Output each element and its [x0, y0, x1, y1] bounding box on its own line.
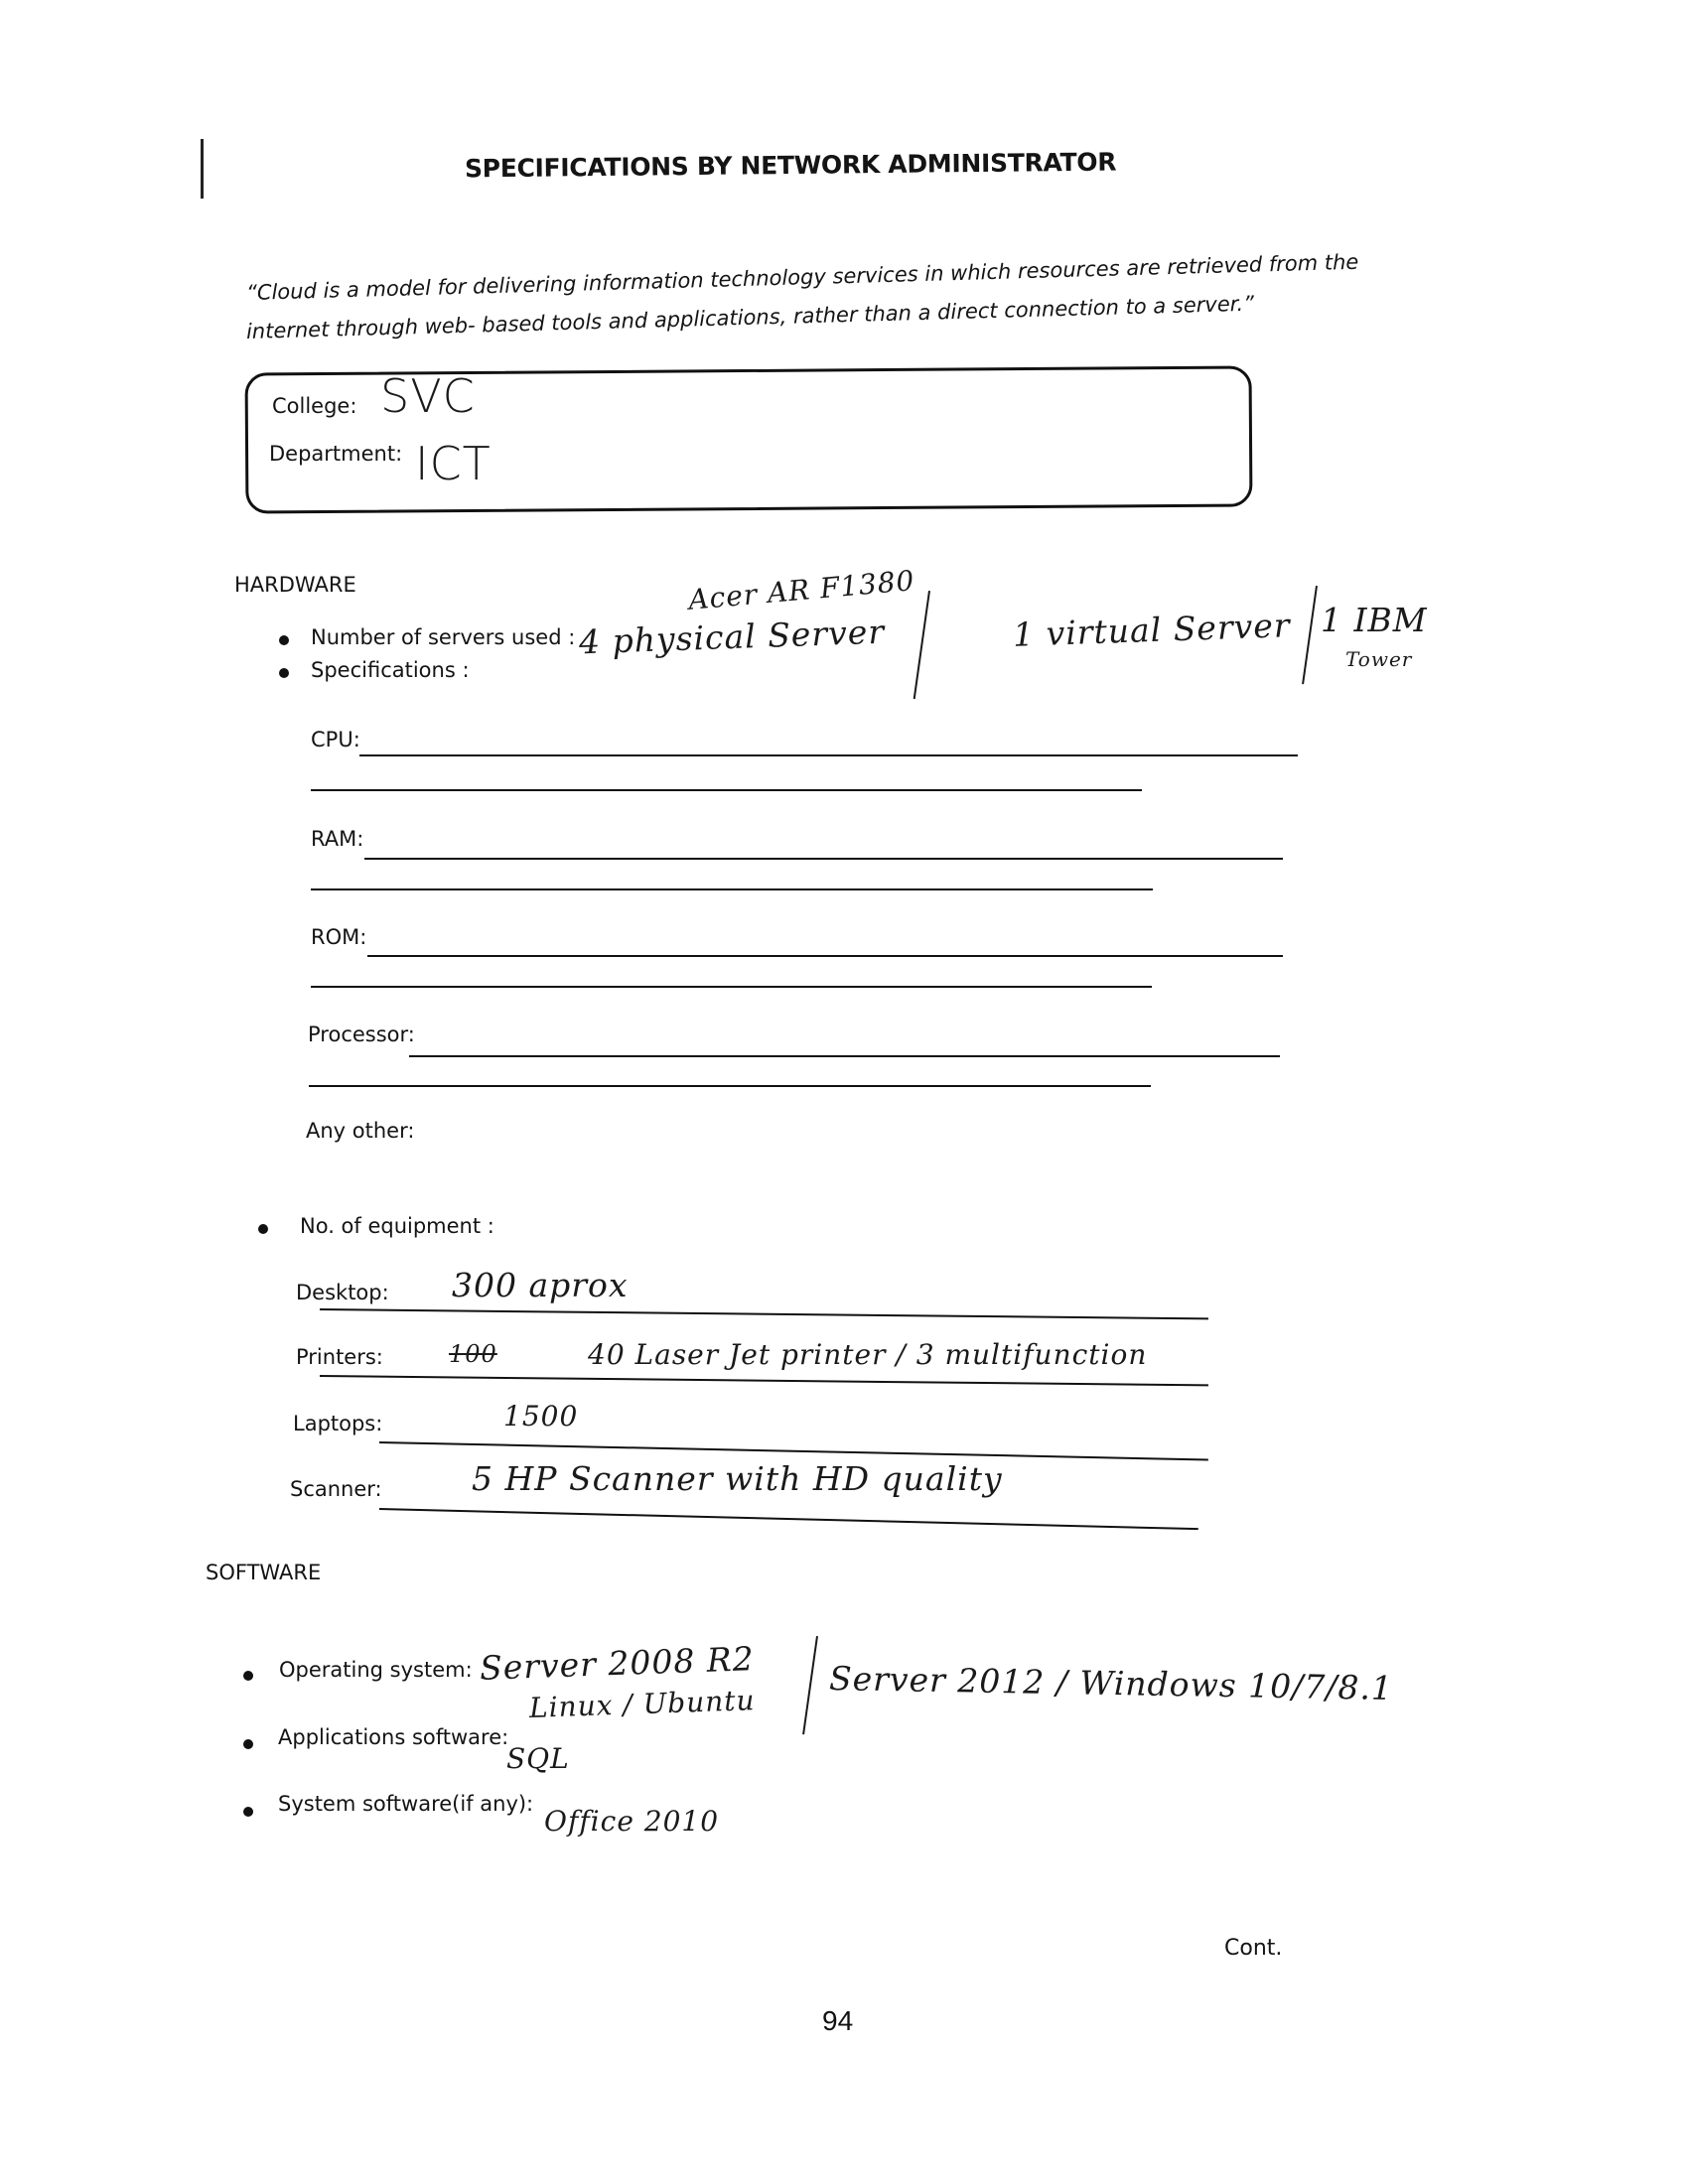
applications-software-value[interactable]: SQL	[506, 1742, 570, 1775]
desktop-label: Desktop:	[296, 1281, 389, 1304]
bullet	[243, 1671, 253, 1681]
servers-value-physical[interactable]: 4 physical Server	[578, 613, 885, 662]
bullet	[279, 635, 289, 645]
desktop-value[interactable]: 300 aprox	[452, 1266, 629, 1304]
servers-value-ibm-sub: Tower	[1345, 647, 1412, 671]
rom-label: ROM:	[311, 925, 366, 949]
processor-input-line[interactable]	[409, 1055, 1280, 1057]
bullet	[258, 1224, 268, 1234]
scanner-value[interactable]: 5 HP Scanner with HD quality	[472, 1459, 1003, 1498]
servers-used-label: Number of servers used :	[311, 625, 575, 649]
printers-struck-value: 100	[449, 1340, 497, 1368]
processor-label: Processor:	[308, 1023, 415, 1046]
college-value[interactable]: SVC	[380, 369, 476, 423]
college-label: College:	[272, 394, 356, 418]
servers-value-virtual[interactable]: 1 virtual Server	[1012, 606, 1291, 654]
desktop-input-line[interactable]	[320, 1308, 1208, 1319]
separator-slash	[1302, 586, 1318, 684]
separator-slash	[914, 591, 930, 699]
operating-system-value-2[interactable]: Server 2012 / Windows 10/7/8.1	[829, 1659, 1394, 1707]
ram-input-line[interactable]	[364, 858, 1283, 860]
page-number: 94	[822, 2005, 853, 2037]
applications-software-label: Applications software:	[278, 1725, 508, 1749]
servers-annotation[interactable]: Acer AR F1380	[687, 564, 916, 616]
printers-input-line[interactable]	[320, 1375, 1208, 1386]
operating-system-value-linux[interactable]: Linux / Ubuntu	[528, 1684, 756, 1724]
printers-value[interactable]: 40 Laser Jet printer / 3 multifunction	[588, 1338, 1147, 1371]
operating-system-value-1[interactable]: Server 2008 R2	[479, 1639, 755, 1688]
department-label: Department:	[269, 442, 402, 466]
operating-system-label: Operating system:	[279, 1658, 473, 1682]
scanner-input-line[interactable]	[379, 1508, 1198, 1530]
bullet	[243, 1807, 253, 1817]
ram-input-line-2[interactable]	[311, 888, 1153, 890]
software-heading: SOFTWARE	[206, 1561, 321, 1584]
separator-slash	[802, 1636, 818, 1734]
cpu-input-line[interactable]	[359, 754, 1298, 756]
scanner-label: Scanner:	[290, 1477, 382, 1501]
margin-mark	[201, 139, 204, 199]
cpu-input-line-2[interactable]	[311, 789, 1142, 791]
equipment-label: No. of equipment :	[300, 1214, 494, 1238]
specifications-label: Specifications :	[311, 658, 470, 682]
department-value[interactable]: ICT	[415, 437, 492, 490]
cpu-label: CPU:	[311, 728, 360, 751]
processor-input-line-2[interactable]	[309, 1085, 1151, 1087]
servers-value-ibm[interactable]: 1 IBM	[1321, 601, 1428, 639]
laptops-label: Laptops:	[293, 1412, 382, 1435]
continued-label: Cont.	[1224, 1936, 1282, 1961]
ram-label: RAM:	[311, 827, 363, 851]
laptops-input-line[interactable]	[379, 1441, 1208, 1460]
printers-label: Printers:	[296, 1345, 383, 1369]
bullet	[279, 668, 289, 678]
any-other-label: Any other:	[306, 1119, 414, 1143]
page-title: SPECIFICATIONS BY NETWORK ADMINISTRATOR	[465, 148, 1116, 184]
hardware-heading: HARDWARE	[234, 573, 356, 597]
rom-input-line-2[interactable]	[311, 986, 1152, 988]
rom-input-line[interactable]	[367, 955, 1283, 957]
bullet	[243, 1739, 253, 1749]
system-software-value[interactable]: Office 2010	[544, 1805, 719, 1838]
system-software-label: System software(if any):	[278, 1792, 533, 1816]
laptops-value[interactable]: 1500	[503, 1400, 578, 1433]
